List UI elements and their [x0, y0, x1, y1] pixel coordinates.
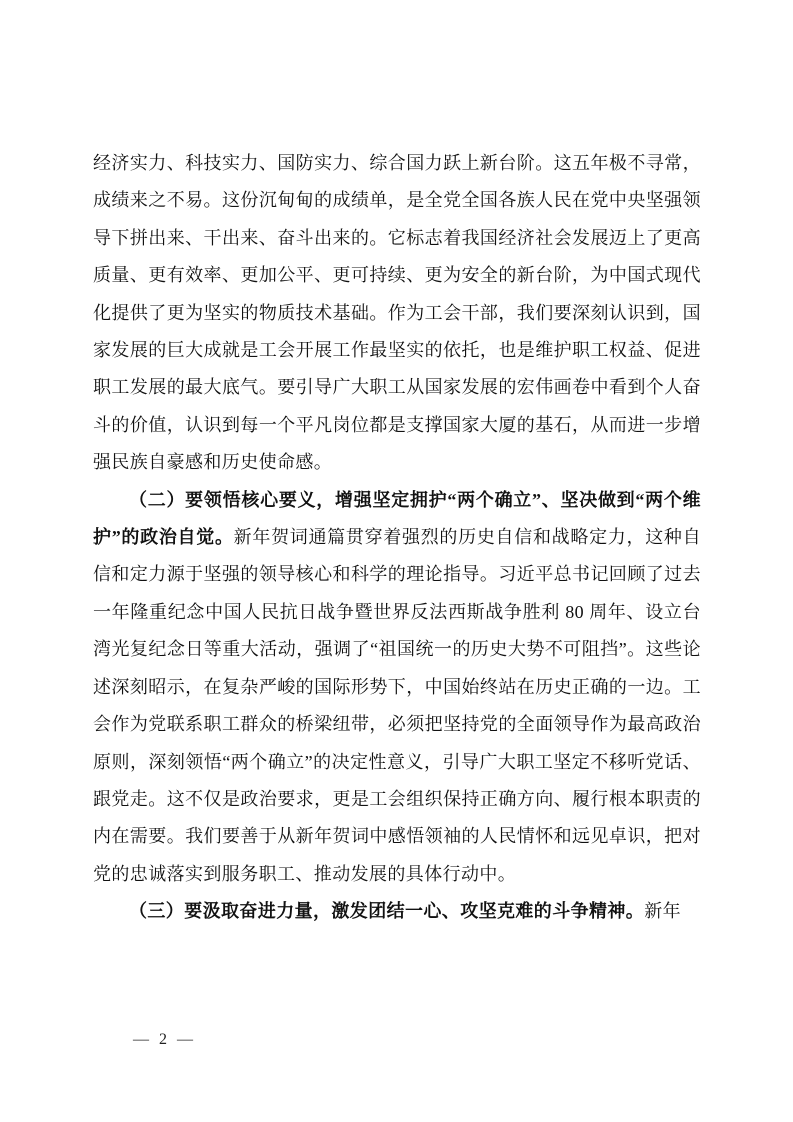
page-number: — 2 —	[133, 1031, 196, 1049]
paragraph: （三）要汲取奋进力量，激发团结一心、攻坚克难的斗争精神。新年	[93, 893, 701, 930]
paragraph-heading-text: （三）要汲取奋进力量，激发团结一心、攻坚克难的斗争精神。	[129, 901, 644, 921]
paragraph-body-text: 经济实力、科技实力、国防实力、综合国力跃上新台阶。这五年极不寻常，成绩来之不易。…	[93, 153, 701, 472]
document-page: 经济实力、科技实力、国防实力、综合国力跃上新台阶。这五年极不寻常，成绩来之不易。…	[0, 0, 793, 1122]
paragraph-body-text: 新年贺词通篇贯穿着强烈的历史自信和战略定力，这种自信和定力源于坚强的领导核心和科…	[93, 527, 701, 884]
paragraph: 经济实力、科技实力、国防实力、综合国力跃上新台阶。这五年极不寻常，成绩来之不易。…	[93, 145, 701, 482]
paragraph: （二）要领悟核心要义，增强坚定拥护“两个确立”、坚决做到“两个维护”的政治自觉。…	[93, 482, 701, 893]
document-body: 经济实力、科技实力、国防实力、综合国力跃上新台阶。这五年极不寻常，成绩来之不易。…	[93, 145, 701, 931]
paragraph-body-text: 新年	[644, 901, 681, 921]
page-number-text: — 2 —	[133, 1031, 196, 1048]
